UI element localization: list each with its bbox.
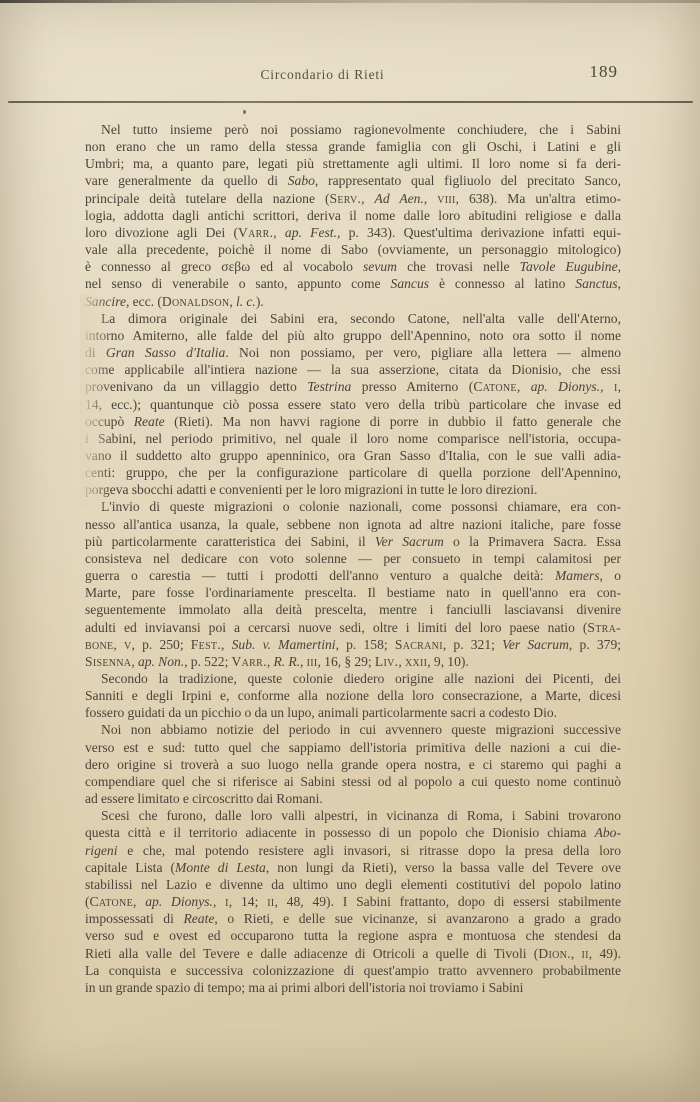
text-segment: , p. 158; bbox=[336, 637, 395, 652]
text-segment: R. R. bbox=[273, 654, 300, 669]
text-line: Rieti alla valle del Tevere e dalle adia… bbox=[85, 945, 621, 962]
text-segment: , o bbox=[600, 568, 621, 583]
text-segment: vare generalmente da quello di bbox=[85, 173, 288, 188]
text-segment: ap. Fest. bbox=[285, 225, 337, 240]
text-line: L'invio di queste migrazioni o colonie n… bbox=[85, 498, 621, 515]
text-line: Sancire, ecc. (Donaldson, l. c.). bbox=[85, 293, 621, 310]
text-segment: , bbox=[571, 946, 582, 961]
text-segment: Sanctus bbox=[575, 276, 617, 291]
text-segment: rigeni bbox=[85, 843, 117, 858]
header-rule bbox=[8, 101, 693, 103]
text-segment: , bbox=[273, 225, 285, 240]
text-line: Nel tutto insieme però noi possiamo ragi… bbox=[85, 121, 621, 138]
text-segment: , p. 522; bbox=[184, 654, 231, 669]
text-segment: questa città e il territorio adiacente i… bbox=[85, 825, 595, 840]
text-segment: i Sabini, nel periodo primitivo, nel qua… bbox=[85, 431, 621, 446]
text-segment: Noi non abbiamo notizie del periodo in c… bbox=[101, 722, 621, 737]
text-line: principale deità tutelare della nazione … bbox=[85, 190, 621, 207]
text-segment: , bbox=[131, 654, 138, 669]
text-segment: Sabo bbox=[288, 173, 315, 188]
text-segment: verso est e sud: tutto quel che sappiamo… bbox=[85, 740, 621, 755]
text-segment: , 9, 10). bbox=[427, 654, 469, 669]
page-number: 189 bbox=[590, 62, 619, 82]
text-segment: ap. Dionys. bbox=[145, 894, 213, 909]
text-segment: , p. 343). Quest'ultima derivazione infa… bbox=[337, 225, 621, 240]
text-segment: v bbox=[124, 637, 132, 652]
paragraph: Secondo la tradizione, queste colonie di… bbox=[85, 670, 621, 721]
text-segment: sevum bbox=[363, 259, 397, 274]
text-segment: centi: gruppo, che per la configurazione… bbox=[85, 465, 621, 480]
text-line: ad essere limitato e circoscritto dai Ro… bbox=[85, 790, 621, 807]
text-segment: Sanniti e degli Irpini e, conforme alla … bbox=[85, 688, 621, 703]
text-line: adulti ed inviavansi poi a cercarsi nuov… bbox=[85, 619, 621, 636]
text-segment: Abo- bbox=[595, 825, 621, 840]
text-segment: guerra o carestia — tutti i prodotti del… bbox=[85, 568, 555, 583]
text-segment: Serv. bbox=[330, 191, 362, 206]
text-segment: vale alla precedente, poichè il nome di … bbox=[85, 242, 621, 257]
text-segment: Umbri; ma, a quanto pare, legati più str… bbox=[85, 156, 621, 171]
text-segment: Ver Sacrum bbox=[375, 534, 444, 549]
text-line: Sanniti e degli Irpini e, conforme alla … bbox=[85, 687, 621, 704]
text-line: non erano che un ramo della stessa grand… bbox=[85, 138, 621, 155]
text-segment: seguentemente immolato alla deità presce… bbox=[85, 602, 621, 617]
text-segment: viii bbox=[437, 191, 455, 206]
text-segment: è connesso al greco σεβω ed al vocabolo bbox=[85, 259, 363, 274]
text-segment: , 49). bbox=[589, 946, 621, 961]
text-line: bone, v, p. 250; Fest., Sub. v. Mamertin… bbox=[85, 636, 621, 653]
text-segment: bone bbox=[85, 637, 113, 652]
text-segment: , bbox=[229, 294, 236, 309]
text-segment: Varr. bbox=[238, 225, 273, 240]
text-segment: Gran Sasso d'Italia bbox=[106, 345, 225, 360]
text-segment: l. c. bbox=[236, 294, 256, 309]
text-segment: Ad Aen. bbox=[375, 191, 424, 206]
text-line: rigeni e che, mal potendo resistere agli… bbox=[85, 842, 621, 859]
text-segment: Varr. bbox=[232, 654, 267, 669]
text-segment: , bbox=[600, 379, 614, 394]
text-line: centi: gruppo, che per la configurazione… bbox=[85, 464, 621, 481]
text-line: dero origine si troverà a suo luogo nell… bbox=[85, 756, 621, 773]
text-segment: , bbox=[424, 191, 437, 206]
text-line: Noi non abbiamo notizie del periodo in c… bbox=[85, 721, 621, 738]
text-segment: porgeva sbocchi adatti e convenienti per… bbox=[85, 482, 537, 497]
text-line: La conquista e successiva colonizzazione… bbox=[85, 962, 621, 979]
text-line: vare generalmente da quello di Sabo, rap… bbox=[85, 172, 621, 189]
text-line: in un grande spazio di tempo; ma ai prim… bbox=[85, 979, 621, 996]
text-line: come applicabile all'intiera nazione — l… bbox=[85, 361, 621, 378]
text-line: capitale Lista (Monte di Lesta, non lung… bbox=[85, 859, 621, 876]
text-segment: Rieti alla valle del Tevere e dalle adia… bbox=[85, 946, 538, 961]
text-segment: ad essere limitato e circoscritto dai Ro… bbox=[85, 791, 323, 806]
text-segment: ). bbox=[256, 294, 264, 309]
text-segment: (Rieti). Ma non havvi ragione di porre i… bbox=[165, 414, 621, 429]
text-segment: di bbox=[85, 345, 106, 360]
text-segment: presso Amiterno ( bbox=[351, 379, 473, 394]
text-segment: Tavole Eugubine bbox=[520, 259, 618, 274]
text-segment: adulti ed inviavansi poi a cercarsi nuov… bbox=[85, 620, 587, 635]
text-segment: logia, addotta dagli antichi scrittori, … bbox=[85, 208, 621, 223]
text-segment: Secondo la tradizione, queste colonie di… bbox=[101, 671, 621, 686]
text-line: provenivano da un villaggio detto Testri… bbox=[85, 378, 621, 395]
text-segment: o la Primavera Sacra. Essa bbox=[444, 534, 621, 549]
text-segment: , ecc. ( bbox=[126, 294, 162, 309]
text-segment: , bbox=[113, 637, 124, 652]
text-segment: , bbox=[618, 276, 621, 291]
text-line: loro divozione agli Dei (Varr., ap. Fest… bbox=[85, 224, 621, 241]
text-line: stabilissi nel Lazio e divenne da ultimo… bbox=[85, 876, 621, 893]
text-segment: Sancus bbox=[391, 276, 430, 291]
text-segment: Catone bbox=[90, 894, 133, 909]
running-title: Circondario di Rieti bbox=[0, 67, 645, 83]
text-segment: , p. 379; bbox=[569, 637, 621, 652]
text-segment: Mamers bbox=[555, 568, 600, 583]
paragraph: Scesi che furono, dalle loro valli alpes… bbox=[85, 807, 621, 996]
text-segment: , bbox=[133, 894, 145, 909]
text-line: (Catone, ap. Dionys., i, 14; ii, 48, 49)… bbox=[85, 893, 621, 910]
text-segment: verso sud e ovest ed occuparono tutta la… bbox=[85, 928, 621, 943]
text-segment: non erano che un ramo della stessa grand… bbox=[85, 139, 621, 154]
text-segment: ap. Dionys. bbox=[531, 379, 600, 394]
text-segment: Ver Sacrum bbox=[502, 637, 569, 652]
text-line: compendiare quel che si riferisce ai Sab… bbox=[85, 773, 621, 790]
text-segment: Testrina bbox=[307, 379, 351, 394]
text-segment: La conquista e successiva colonizzazione… bbox=[85, 963, 621, 978]
text-segment: xxii bbox=[405, 654, 427, 669]
text-line: porgeva sbocchi adatti e convenienti per… bbox=[85, 481, 621, 498]
text-segment: , 16, § 29; bbox=[318, 654, 375, 669]
scan-edge bbox=[0, 0, 700, 3]
text-segment: capitale Lista ( bbox=[85, 860, 175, 875]
paragraph: Noi non abbiamo notizie del periodo in c… bbox=[85, 721, 621, 807]
text-line: intorno Amiterno, alle falde del più alt… bbox=[85, 327, 621, 344]
text-segment: in un grande spazio di tempo; ma ai prim… bbox=[85, 980, 523, 995]
text-line: La dimora originale dei Sabini era, seco… bbox=[85, 310, 621, 327]
text-line: verso sud e ovest ed occuparono tutta la… bbox=[85, 927, 621, 944]
text-segment: Scesi che furono, dalle loro valli alpes… bbox=[101, 808, 621, 823]
text-segment: ap. Non. bbox=[138, 654, 184, 669]
text-segment: stabilissi nel Lazio e divenne da ultimo… bbox=[85, 877, 621, 892]
rule-dot bbox=[243, 110, 246, 114]
text-line: consisteva nel dedicare con voto solenne… bbox=[85, 550, 621, 567]
text-segment: consisteva nel dedicare con voto solenne… bbox=[85, 551, 621, 566]
text-segment: , p. 250; bbox=[132, 637, 191, 652]
text-line: seguentemente immolato alla deità presce… bbox=[85, 601, 621, 618]
text-segment: Sub. v. Mamertini bbox=[232, 637, 336, 652]
text-line: logia, addotta dagli antichi scrittori, … bbox=[85, 207, 621, 224]
text-line: vale alla precedente, poichè il nome di … bbox=[85, 241, 621, 258]
text-segment: iii bbox=[307, 654, 318, 669]
paragraph: Nel tutto insieme però noi possiamo ragi… bbox=[85, 121, 621, 310]
text-segment: provenivano da un villaggio detto bbox=[85, 379, 307, 394]
text-segment: più particolarmente caratteristica dei S… bbox=[85, 534, 375, 549]
text-segment: occupò bbox=[85, 414, 134, 429]
book-page: Circondario di Rieti 189 Nel tutto insie… bbox=[0, 0, 700, 1102]
text-segment: , bbox=[361, 191, 374, 206]
text-line: i Sabini, nel periodo primitivo, nel qua… bbox=[85, 430, 621, 447]
text-segment: Donaldson bbox=[162, 294, 230, 309]
text-line: guerra o carestia — tutti i prodotti del… bbox=[85, 567, 621, 584]
text-segment: Stra- bbox=[587, 620, 621, 635]
text-block: Nel tutto insieme però noi possiamo ragi… bbox=[85, 121, 621, 996]
text-segment: come applicabile all'intiera nazione — l… bbox=[85, 362, 621, 377]
text-segment: La dimora originale dei Sabini era, seco… bbox=[101, 311, 621, 326]
text-segment: Nel tutto insieme però noi possiamo ragi… bbox=[101, 122, 621, 137]
text-line: nesso all'antica usanza, la quale, sebbe… bbox=[85, 516, 621, 533]
text-segment: 14, ecc.); quantunque ciò possa essere s… bbox=[85, 397, 621, 412]
text-segment: Reate bbox=[183, 911, 214, 926]
text-line: è connesso al greco σεβω ed al vocabolo … bbox=[85, 258, 621, 275]
text-segment: Liv. bbox=[375, 654, 398, 669]
text-line: di Gran Sasso d'Italia. Noi non possiamo… bbox=[85, 344, 621, 361]
text-line: questa città e il territorio adiacente i… bbox=[85, 824, 621, 841]
text-segment: Dion. bbox=[538, 946, 571, 961]
text-line: verso est e sud: tutto quel che sappiamo… bbox=[85, 739, 621, 756]
text-segment: , 638). Ma un'altra etimo- bbox=[456, 191, 621, 206]
text-segment: , 48, 49). I Sabini frattanto, dopo di e… bbox=[274, 894, 621, 909]
text-segment: , bbox=[300, 654, 307, 669]
text-line: Secondo la tradizione, queste colonie di… bbox=[85, 670, 621, 687]
text-line: Sisenna, ap. Non., p. 522; Varr., R. R.,… bbox=[85, 653, 621, 670]
paragraph: L'invio di queste migrazioni o colonie n… bbox=[85, 498, 621, 670]
text-line: fossero guidati da un picchio o da un lu… bbox=[85, 704, 621, 721]
text-segment: Catone bbox=[473, 379, 516, 394]
text-segment: e che, mal potendo resistere agli invaso… bbox=[117, 843, 621, 858]
text-segment: Fest. bbox=[191, 637, 221, 652]
text-segment: , o Rieti, e delle sue vicinanze, si ava… bbox=[214, 911, 621, 926]
text-line: 14, ecc.); quantunque ciò possa essere s… bbox=[85, 396, 621, 413]
text-segment: , bbox=[618, 259, 621, 274]
text-segment: vano il suddetto alto gruppo apenninico,… bbox=[85, 448, 621, 463]
text-segment: principale deità tutelare della nazione … bbox=[85, 191, 330, 206]
text-segment: loro divozione agli Dei ( bbox=[85, 225, 238, 240]
text-line: più particolarmente caratteristica dei S… bbox=[85, 533, 621, 550]
text-line: vano il suddetto alto gruppo apenninico,… bbox=[85, 447, 621, 464]
text-segment: compendiare quel che si riferisce ai Sab… bbox=[85, 774, 621, 789]
text-line: Marte, pare fosse l'ordinariamente presc… bbox=[85, 584, 621, 601]
text-segment: Reate bbox=[134, 414, 165, 429]
paragraph: La dimora originale dei Sabini era, seco… bbox=[85, 310, 621, 499]
text-segment: è connesso al latino bbox=[429, 276, 575, 291]
text-segment: L'invio di queste migrazioni o colonie n… bbox=[101, 499, 621, 514]
text-segment: Sacrani bbox=[395, 637, 443, 652]
text-segment: , bbox=[398, 654, 405, 669]
text-segment: , 14; bbox=[229, 894, 267, 909]
text-segment: Marte, pare fosse l'ordinariamente presc… bbox=[85, 585, 621, 600]
text-segment: nesso all'antica usanza, la quale, sebbe… bbox=[85, 517, 621, 532]
text-segment: Sancire bbox=[85, 294, 126, 309]
text-segment: , non lungi da Rieti), verso la bassa va… bbox=[266, 860, 621, 875]
text-segment: , bbox=[618, 379, 621, 394]
text-segment: , rappresentato qual figliuolo del preci… bbox=[315, 173, 621, 188]
text-segment: , bbox=[213, 894, 225, 909]
text-segment: impossessati di bbox=[85, 911, 183, 926]
text-segment: . Noi non possiamo, per vero, pigliare a… bbox=[225, 345, 621, 360]
text-line: Scesi che furono, dalle loro valli alpes… bbox=[85, 807, 621, 824]
text-line: nel senso di venerabile o santo, appunto… bbox=[85, 275, 621, 292]
text-line: impossessati di Reate, o Rieti, e delle … bbox=[85, 910, 621, 927]
text-segment: Monte di Lesta bbox=[175, 860, 266, 875]
text-segment: nel senso di venerabile o santo, appunto… bbox=[85, 276, 391, 291]
text-segment: , p. 321; bbox=[443, 637, 502, 652]
text-segment: ii bbox=[582, 946, 589, 961]
text-segment: dero origine si troverà a suo luogo nell… bbox=[85, 757, 621, 772]
text-segment: intorno Amiterno, alle falde del più alt… bbox=[85, 328, 621, 343]
text-segment: fossero guidati da un picchio o da un lu… bbox=[85, 705, 557, 720]
text-line: occupò Reate (Rieti). Ma non havvi ragio… bbox=[85, 413, 621, 430]
text-line: Umbri; ma, a quanto pare, legati più str… bbox=[85, 155, 621, 172]
text-segment: Sisenna bbox=[85, 654, 131, 669]
text-segment: , bbox=[221, 637, 232, 652]
text-segment: che trovasi nelle bbox=[397, 259, 520, 274]
text-segment: , bbox=[517, 379, 531, 394]
